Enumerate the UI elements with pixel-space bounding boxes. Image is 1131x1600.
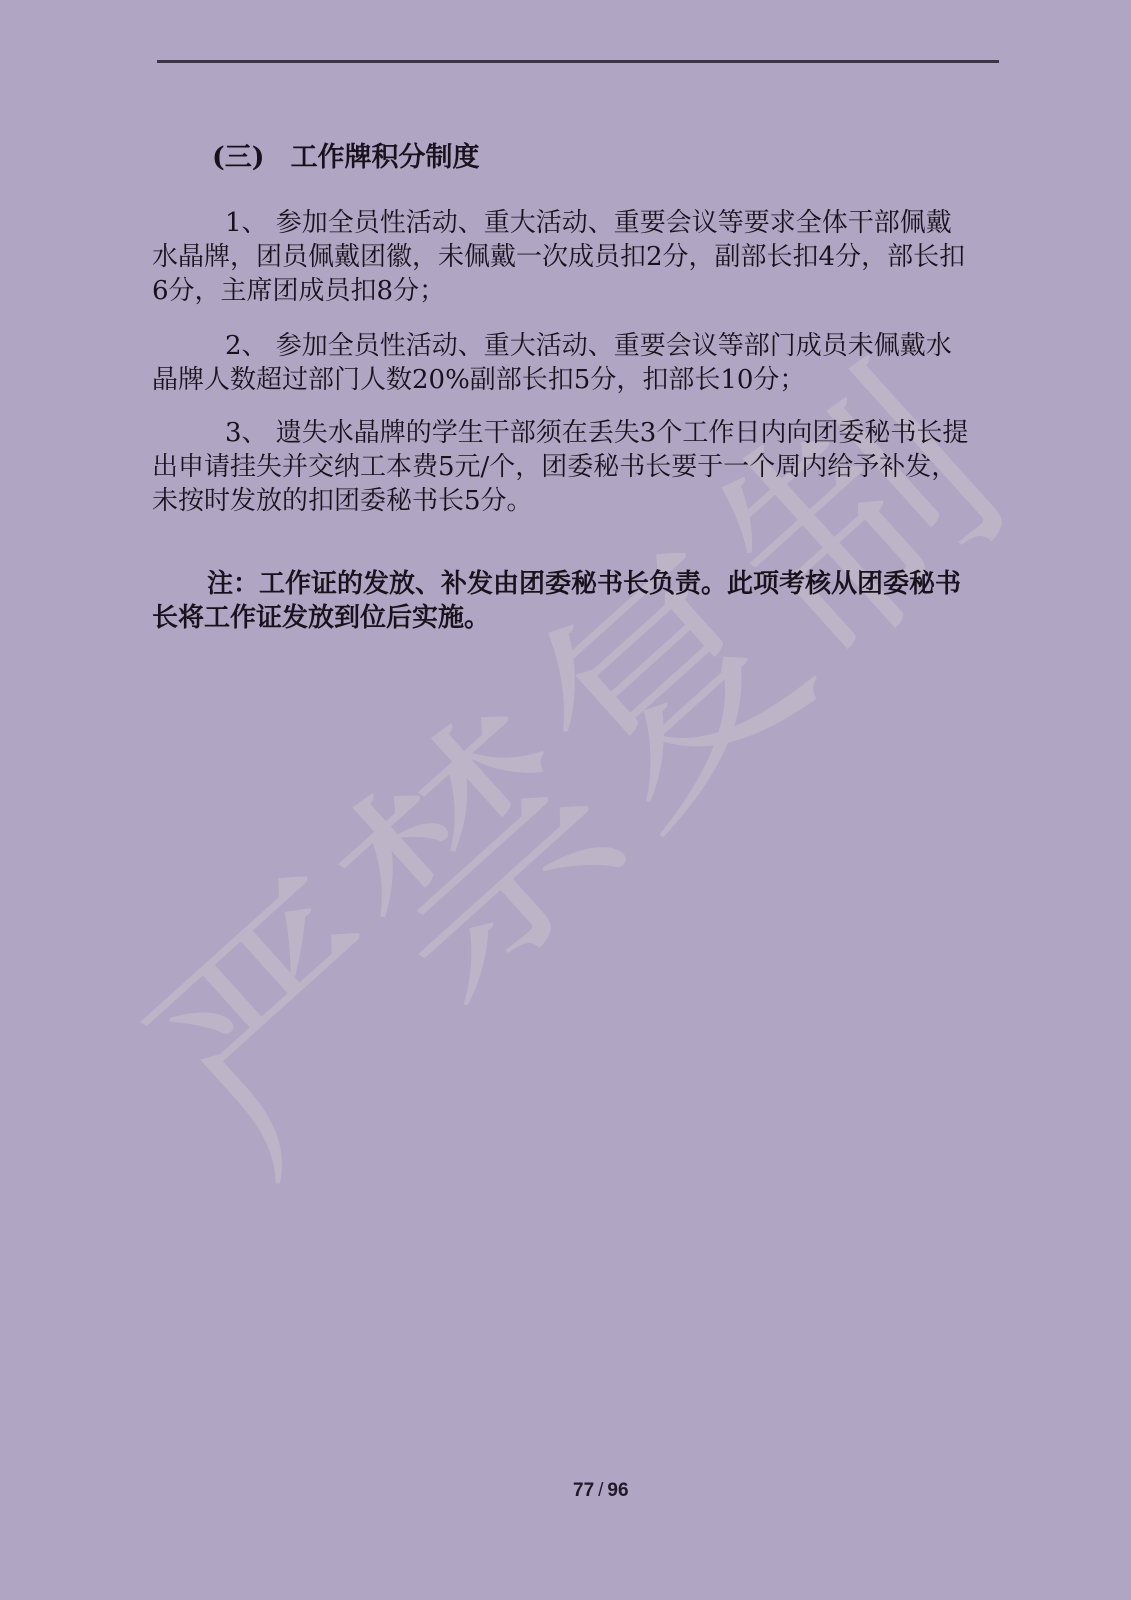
paragraph-line: 1、 参加全员性活动、重大活动、重要会议等要求全体干部佩戴 [152, 206, 1012, 240]
note-paragraph: 注：工作证的发放、补发由团委秘书长负责。此项考核从团委秘书 长将工作证发放到位后… [152, 567, 1012, 635]
paragraph-rule-1: 1、 参加全员性活动、重大活动、重要会议等要求全体干部佩戴 水晶牌，团员佩戴团徽… [152, 206, 1012, 308]
paragraph-line: 6分，主席团成员扣8分； [152, 274, 1012, 308]
note-line: 长将工作证发放到位后实施。 [152, 601, 1012, 635]
paragraph-line: 水晶牌，团员佩戴团徽，未佩戴一次成员扣2分，副部长扣4分，部长扣 [152, 240, 1012, 274]
paragraph-rule-3: 3、 遗失水晶牌的学生干部须在丢失3个工作日内向团委秘书长提 出申请挂失并交纳工… [152, 416, 1012, 518]
paragraph-line: 晶牌人数超过部门人数20%副部长扣5分，扣部长10分； [152, 363, 1012, 397]
document-page: 严禁复制 (三)工作牌积分制度 1、 参加全员性活动、重大活动、重要会议等要求全… [0, 0, 1131, 1600]
total-pages: 96 [607, 1480, 628, 1501]
page-separator: / [594, 1480, 607, 1501]
section-heading: (三)工作牌积分制度 [212, 135, 480, 174]
paragraph-line: 未按时发放的扣团委秘书长5分。 [152, 484, 1012, 518]
header-rule [157, 60, 999, 63]
page-number: 77/96 [573, 1480, 629, 1502]
paragraph-line: 3、 遗失水晶牌的学生干部须在丢失3个工作日内向团委秘书长提 [152, 416, 1012, 450]
paragraph-line: 2、 参加全员性活动、重大活动、重要会议等部门成员未佩戴水 [152, 329, 1012, 363]
section-title: 工作牌积分制度 [291, 142, 480, 173]
section-numbering: (三) [212, 142, 265, 173]
current-page: 77 [573, 1480, 594, 1501]
note-line: 注：工作证的发放、补发由团委秘书长负责。此项考核从团委秘书 [152, 567, 1012, 601]
paragraph-rule-2: 2、 参加全员性活动、重大活动、重要会议等部门成员未佩戴水 晶牌人数超过部门人数… [152, 329, 1012, 397]
paragraph-line: 出申请挂失并交纳工本费5元/个，团委秘书长要于一个周内给予补发， [152, 450, 1012, 484]
